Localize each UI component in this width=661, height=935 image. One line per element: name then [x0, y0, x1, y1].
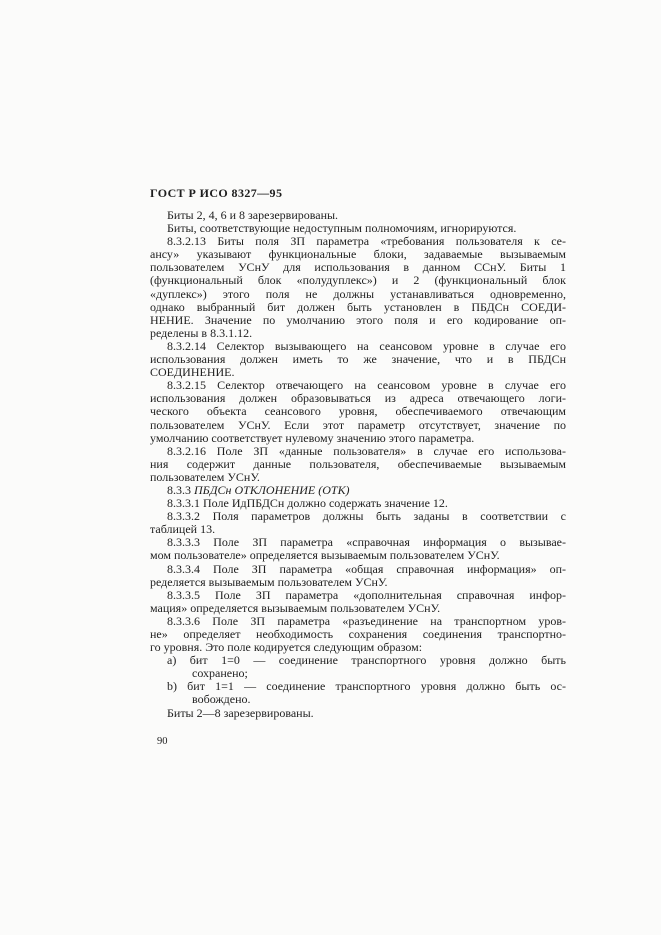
- text-line: 8.3.3.4 Поле ЗП параметра «общая справоч…: [150, 563, 566, 576]
- paragraph: 8.3.3.2 Поля параметров должны быть зада…: [150, 510, 566, 536]
- heading-title: ПБДСн ОТКЛОНЕНИЕ (ОТК): [194, 483, 350, 497]
- text-line: 8.3.3.5 Поле ЗП параметра «дополнительна…: [150, 589, 566, 602]
- text-line: пользователем УСнУ. Если этот параметр о…: [150, 419, 566, 432]
- paragraph: 8.3.3.4 Поле ЗП параметра «общая справоч…: [150, 563, 566, 589]
- paragraph: 8.3.2.14 Селектор вызывающего на сеансов…: [150, 340, 566, 379]
- text-line: ния содержит данные пользователя, обеспе…: [150, 458, 566, 471]
- paragraph: 8.3.3.6 Поле ЗП параметра «разъединение …: [150, 615, 566, 654]
- text-line: Биты 2—8 зарезервированы.: [150, 707, 566, 720]
- paragraph: 8.3.2.16 Поле ЗП «данные пользователя» в…: [150, 445, 566, 484]
- document-page: ГОСТ Р ИСО 8327—95 Биты 2, 4, 6 и 8 заре…: [0, 0, 661, 935]
- document-header: ГОСТ Р ИСО 8327—95: [150, 186, 282, 201]
- text-line: однако выбранный бит должен быть установ…: [150, 301, 566, 314]
- text-line: ределены в 8.3.1.12.: [150, 327, 566, 340]
- page-number: 90: [157, 736, 168, 747]
- paragraph: 8.3.2.15 Селектор отвечающего на сеансов…: [150, 379, 566, 444]
- paragraph: Биты 2—8 зарезервированы.: [150, 707, 566, 720]
- text-line: вобождено.: [150, 693, 566, 706]
- paragraph: 8.3.2.13 Биты поля ЗП параметра «требова…: [150, 235, 566, 340]
- text-line: мация» определяется вызываемым пользоват…: [150, 602, 566, 615]
- text-line: (функциональный блок «полудуплекс») и 2 …: [150, 274, 566, 287]
- text-line: ределяется вызываемым пользователем УСнУ…: [150, 576, 566, 589]
- list-item: b) бит 1=1 — соединение транспортного ур…: [150, 680, 566, 706]
- text-line: НЕНИЕ. Значение по умолчанию этого поля …: [150, 314, 566, 327]
- text-line: ческого объекта сеансового уровня, обесп…: [150, 405, 566, 418]
- scanned-document: { "colors": { "page_background": "#fbfbf…: [0, 0, 661, 935]
- text-line: мом пользователе» определяется вызываемы…: [150, 549, 566, 562]
- text-line: «дуплекс») этого поля не должны устанавл…: [150, 288, 566, 301]
- paragraph: 8.3.3.3 Поле ЗП параметра «справочная ин…: [150, 536, 566, 562]
- heading-number: 8.3.3: [167, 483, 194, 497]
- list-item: a) бит 1=0 — соединение транспортного ур…: [150, 654, 566, 680]
- text-line: умолчанию соответствует нулевому значени…: [150, 432, 566, 445]
- text-line: 8.3.2.16 Поле ЗП «данные пользователя» в…: [150, 445, 566, 458]
- paragraph: 8.3.3.5 Поле ЗП параметра «дополнительна…: [150, 589, 566, 615]
- text-block: Биты 2, 4, 6 и 8 зарезервированы.Биты, с…: [150, 209, 566, 720]
